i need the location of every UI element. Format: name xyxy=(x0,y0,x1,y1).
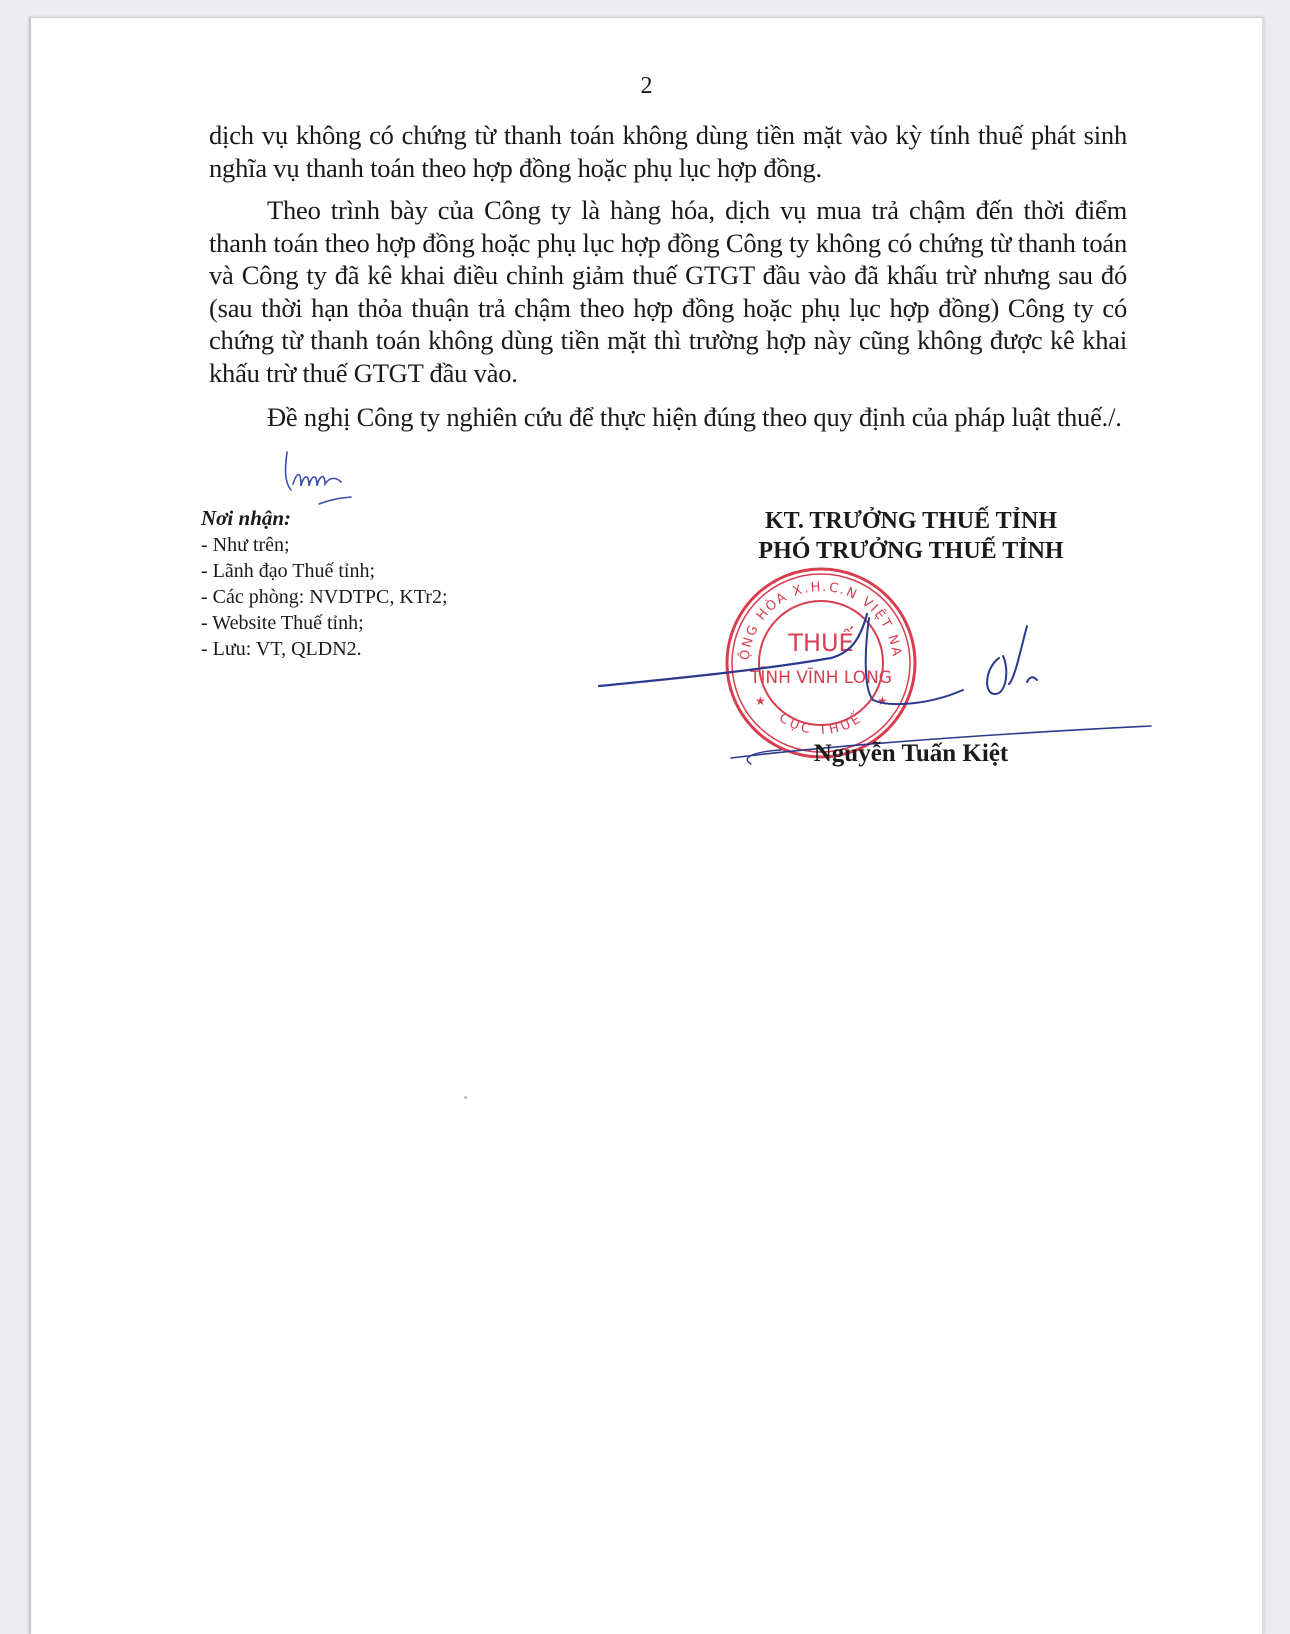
paragraph-explanation: Theo trình bày của Công ty là hàng hóa, … xyxy=(209,194,1127,389)
recipients-title: Nơi nhận: xyxy=(201,504,448,532)
recipient-item: - Như trên; xyxy=(201,532,448,558)
paragraph-continuation: dịch vụ không có chứng từ thanh toán khô… xyxy=(209,119,1127,184)
recipients-block: Nơi nhận: - Như trên; - Lãnh đạo Thuế tỉ… xyxy=(201,504,448,662)
recipient-item: - Website Thuế tỉnh; xyxy=(201,610,448,636)
signer-name: Nguyễn Tuấn Kiệt xyxy=(721,740,1101,768)
recipient-item: - Lưu: VT, QLDN2. xyxy=(201,636,448,662)
document-page: 2 dịch vụ không có chứng từ thanh toán k… xyxy=(29,17,1264,1634)
signature-line-2: PHÓ TRƯỞNG THUẾ TỈNH xyxy=(671,536,1151,566)
signature-line-1: KT. TRƯỞNG THUẾ TỈNH xyxy=(671,506,1151,536)
paragraph-request: Đề nghị Công ty nghiên cứu để thực hiện … xyxy=(209,401,1127,434)
scan-speck xyxy=(464,1096,467,1099)
initials-handwriting-icon xyxy=(279,442,399,512)
signature-title-block: KT. TRƯỞNG THUẾ TỈNH PHÓ TRƯỞNG THUẾ TỈN… xyxy=(671,506,1151,566)
recipient-item: - Lãnh đạo Thuế tỉnh; xyxy=(201,558,448,584)
page-number: 2 xyxy=(31,73,1262,100)
recipient-item: - Các phòng: NVDTPC, KTr2; xyxy=(201,584,448,610)
